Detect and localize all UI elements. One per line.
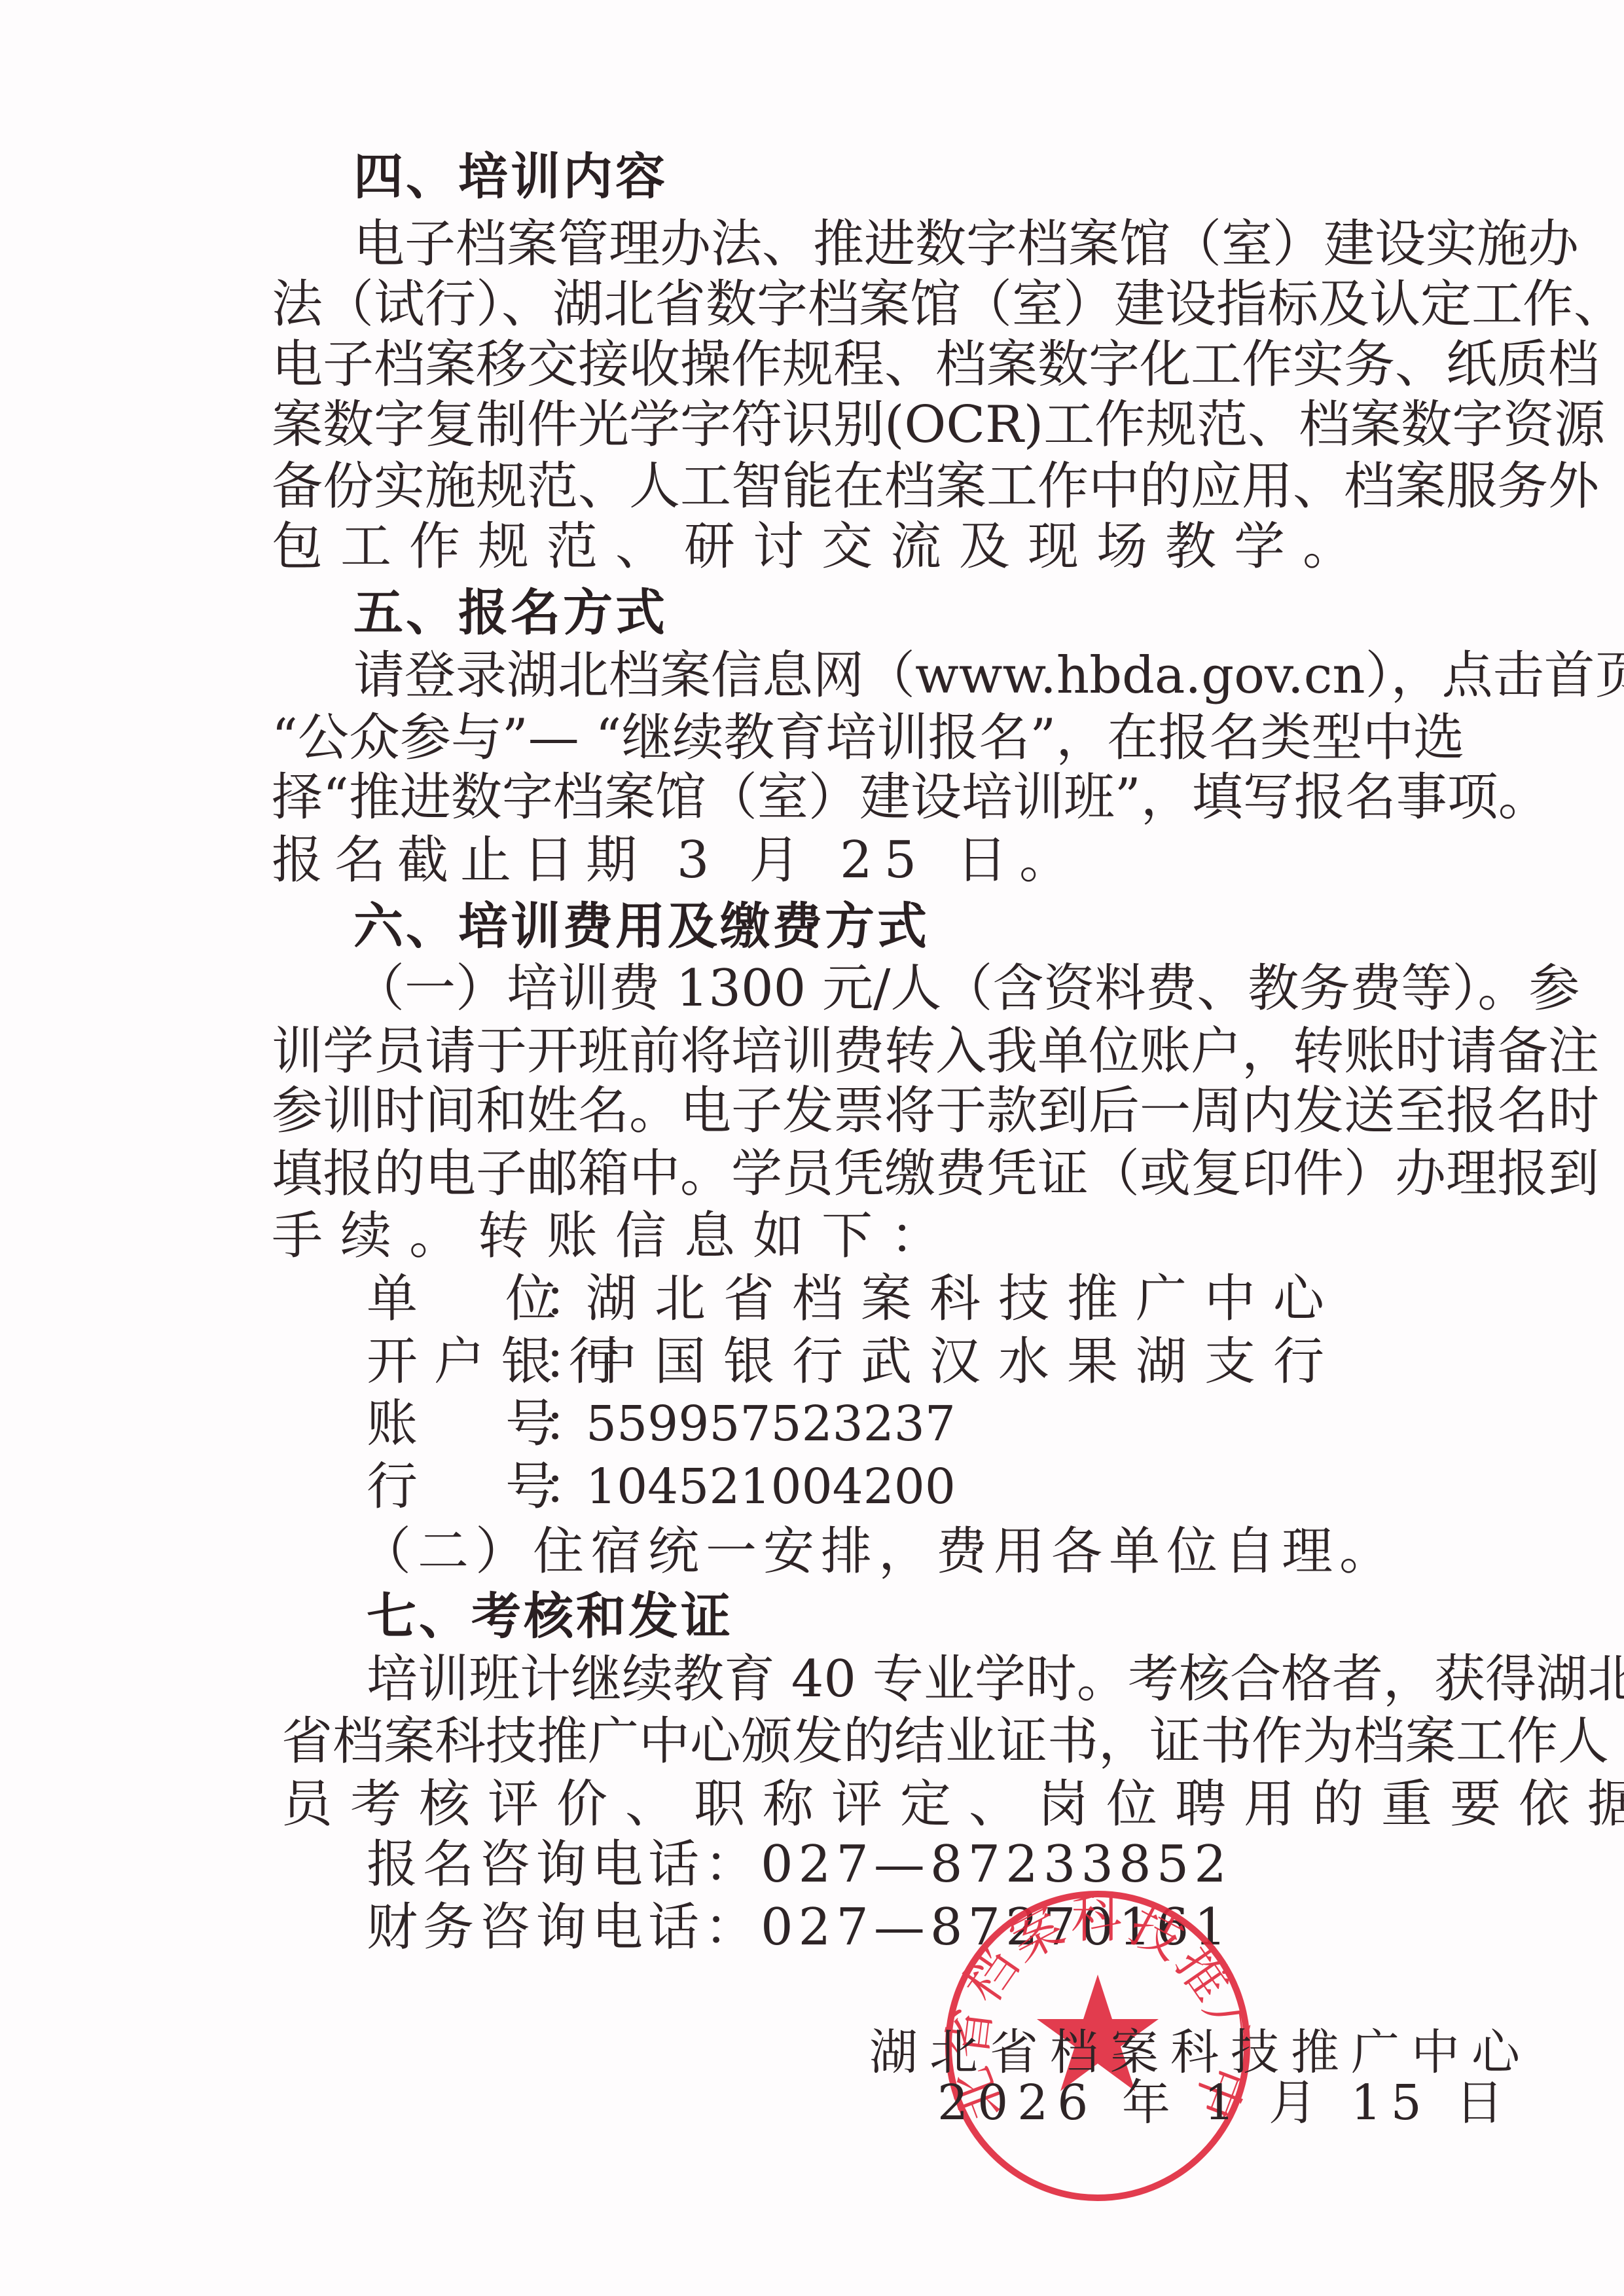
paragraph-line: 备份实施规范、人工智能在档案工作中的应用、档案服务外	[272, 455, 1398, 518]
paragraph-line: 电子档案移交接收操作规程、档案数字化工作实务、纸质档	[272, 333, 1398, 396]
account-label: 开 户 银 行	[367, 1330, 556, 1393]
registration-deadline: 报名截止日期 3 月 25 日。	[272, 829, 1082, 892]
accommodation-note: （二）住宿统一安排，费用各单位自理。	[360, 1520, 1397, 1583]
finance-phone: 财务咨询电话：027—87270161	[367, 1896, 1232, 1959]
section-heading-registration: 五、报名方式	[353, 581, 668, 644]
account-value: 559957523237	[586, 1393, 956, 1455]
section-heading-fees: 六、培训费用及缴费方式	[353, 895, 929, 958]
paragraph-line: “公众参与”— “继续教育培训报名”，在报名类型中选	[272, 706, 1398, 769]
paragraph-line: 参训时间和姓名。电子发票将于款到后一周内发送至报名时	[272, 1080, 1398, 1142]
signature-date: 2026 年 1 月 15 日	[937, 2071, 1513, 2134]
paragraph-line: 案数字复制件光学字符识别(OCR)工作规范、档案数字资源	[272, 393, 1398, 456]
paragraph-line: 员考核评价、职称评定、岗位聘用的重要依据。	[281, 1773, 1624, 1836]
account-row-unit: 单 位 ： 湖北省档案科技推广中心	[0, 1267, 1624, 1330]
paragraph-line: 训学员请于开班前将培训费转入我单位账户，转账时请备注	[272, 1020, 1398, 1083]
paragraph-line: 包工作规范、研讨交流及现场教学。	[272, 515, 1371, 578]
account-row-bank: 开 户 银 行 ： 中国银行武汉水果湖支行	[0, 1330, 1624, 1393]
paragraph-line: 电子档案管理办法、推进数字档案馆（室）建设实施办	[353, 213, 1398, 276]
paragraph-line: （一）培训费 1300 元/人（含资料费、教务费等）。参	[353, 957, 1398, 1020]
paragraph-line: 培训班计继续教育 40 专业学时。考核合格者，获得湖北	[367, 1648, 1398, 1711]
paragraph-line: 省档案科技推广中心颁发的结业证书，证书作为档案工作人	[281, 1710, 1398, 1773]
account-row-account-number: 账 号 ： 559957523237	[0, 1393, 1624, 1455]
account-value: 104521004200	[586, 1455, 956, 1518]
account-label: 账 号	[367, 1393, 556, 1455]
account-label: 单 位	[367, 1267, 556, 1330]
account-value: 湖北省档案科技推广中心	[586, 1267, 1342, 1330]
document-page: 四、培训内容 电子档案管理办法、推进数字档案馆（室）建设实施办 法（试行）、湖北…	[0, 0, 1624, 2296]
section-heading-training-content: 四、培训内容	[353, 145, 668, 208]
paragraph-line: 手续。转账信息如下：	[272, 1205, 959, 1267]
account-value: 中国银行武汉水果湖支行	[586, 1330, 1342, 1393]
paragraph-line: 法（试行）、湖北省数字档案馆（室）建设指标及认定工作、	[272, 273, 1398, 336]
section-heading-assessment: 七、考核和发证	[367, 1585, 733, 1648]
paragraph-line: 择“推进数字档案馆（室）建设培训班”，填写报名事项。	[272, 766, 1398, 829]
account-label: 行 号	[367, 1455, 556, 1518]
paragraph-line: 请登录湖北档案信息网（www.hbda.gov.cn），点击首页	[353, 644, 1398, 707]
account-row-bank-code: 行 号 ： 104521004200	[0, 1455, 1624, 1518]
paragraph-line: 填报的电子邮箱中。学员凭缴费凭证（或复印件）办理报到	[272, 1142, 1398, 1205]
registration-phone: 报名咨询电话：027—87233852	[367, 1833, 1232, 1896]
